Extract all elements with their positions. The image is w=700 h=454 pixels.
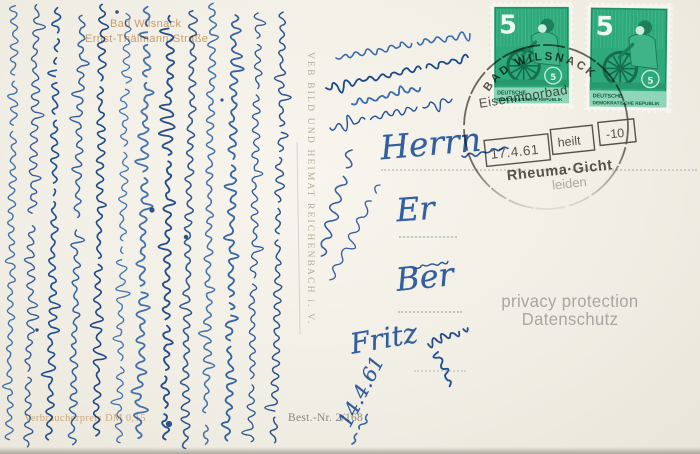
postmark: BAD WILSNACK Eisenmoorbad 17.4.61 heilt …	[450, 30, 700, 220]
printed-location-line2: Ernst-Thälmann-Straße	[85, 33, 208, 45]
postcard-back-photo: Bad Wilsnack Ernst-Thälmann-Straße VEB B…	[0, 0, 700, 454]
address-rule-2	[399, 236, 457, 238]
handwritten-address-line4: Fritz	[348, 316, 420, 360]
printed-price: Verbraucherpreis DM 0,15	[24, 413, 146, 424]
handwritten-address-line3: Ber	[394, 255, 455, 299]
address-rule-4	[414, 370, 466, 372]
printed-location-line1: Bad Wilsnack	[110, 18, 181, 30]
postmark-word: heilt	[557, 133, 582, 149]
privacy-line2: Datenschutz	[466, 310, 675, 328]
postmark-date: 17.4.61	[490, 142, 540, 162]
publisher-imprint-vertical: VEB BILD UND HEIMAT REICHENBACH i. V.	[305, 52, 315, 344]
address-rule-3	[398, 311, 462, 313]
postmark-slogan-line2: leiden	[551, 174, 587, 193]
handwritten-address-line2: Er	[395, 189, 436, 230]
privacy-line1: privacy protection	[466, 292, 675, 310]
privacy-watermark: privacy protection Datenschutz	[466, 292, 675, 328]
postmark-hours: -10	[605, 126, 624, 142]
